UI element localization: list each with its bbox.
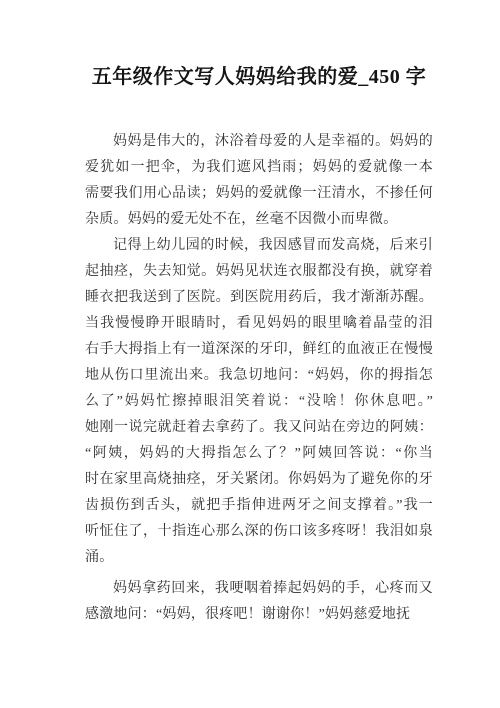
text-line: 妈妈拿药回来，我哽咽着捧起妈妈的手，心疼而又	[85, 576, 433, 602]
document-body: 妈妈是伟大的，沐浴着母爱的人是幸福的。妈妈的爱犹如一把伞，为我们遮风挡雨；妈妈的…	[85, 129, 433, 628]
text-line: 杂质。妈妈的爱无处不在，丝毫不因微小而卑微。	[85, 207, 433, 233]
text-line: 妈妈是伟大的，沐浴着母爱的人是幸福的。妈妈的	[85, 129, 433, 155]
text-line: 么了”妈妈忙擦掉眼泪笑着说：“没啥！你休息吧。”	[85, 389, 433, 415]
text-line: 地从伤口里流出来。我急切地问：“妈妈，你的拇指怎	[85, 363, 433, 389]
paragraph: 妈妈是伟大的，沐浴着母爱的人是幸福的。妈妈的爱犹如一把伞，为我们遮风挡雨；妈妈的…	[85, 129, 433, 233]
text-line: 右手大拇指上有一道深深的牙印，鲜红的血液正在慢慢	[85, 337, 433, 363]
paragraph: 记得上幼儿园的时候，我因感冒而发高烧，后来引起抽痉，失去知觉。妈妈见状连衣服都没…	[85, 233, 433, 571]
text-line: “阿姨，妈妈的大拇指怎么了？”阿姨回答说：“你当	[85, 441, 433, 467]
text-line: 涌。	[85, 545, 433, 571]
text-line: 她刚一说完就赶着去拿药了。我又问站在旁边的阿姨：	[85, 415, 433, 441]
text-line: 需要我们用心品读；妈妈的爱就像一汪清水，不掺任何	[85, 181, 433, 207]
text-line: 睡衣把我送到了医院。到医院用药后，我才渐渐苏醒。	[85, 285, 433, 311]
text-line: 记得上幼儿园的时候，我因感冒而发高烧，后来引	[85, 233, 433, 259]
document-title: 五年级作文写人妈妈给我的爱_450 字	[85, 63, 433, 91]
text-line: 爱犹如一把伞，为我们遮风挡雨；妈妈的爱就像一本书，	[85, 155, 433, 181]
text-line: 时在家里高烧抽痉，牙关紧闭。你妈妈为了避免你的牙	[85, 467, 433, 493]
text-line: 听怔住了，十指连心那么深的伤口该多疼呀！我泪如泉	[85, 519, 433, 545]
document-page: 五年级作文写人妈妈给我的爱_450 字 妈妈是伟大的，沐浴着母爱的人是幸福的。妈…	[0, 0, 500, 708]
text-line: 起抽痉，失去知觉。妈妈见状连衣服都没有换，就穿着	[85, 259, 433, 285]
paragraph: 妈妈拿药回来，我哽咽着捧起妈妈的手，心疼而又感激地问：“妈妈，很疼吧！谢谢你！”…	[85, 576, 433, 628]
text-line: 当我慢慢睁开眼睛时，看见妈妈的眼里噙着晶莹的泪花，	[85, 311, 433, 337]
text-line: 感激地问：“妈妈，很疼吧！谢谢你！”妈妈慈爱地抚	[85, 602, 433, 628]
text-line: 齿损伤到舌头，就把手指伸进两牙之间支撑着。”我一	[85, 493, 433, 519]
